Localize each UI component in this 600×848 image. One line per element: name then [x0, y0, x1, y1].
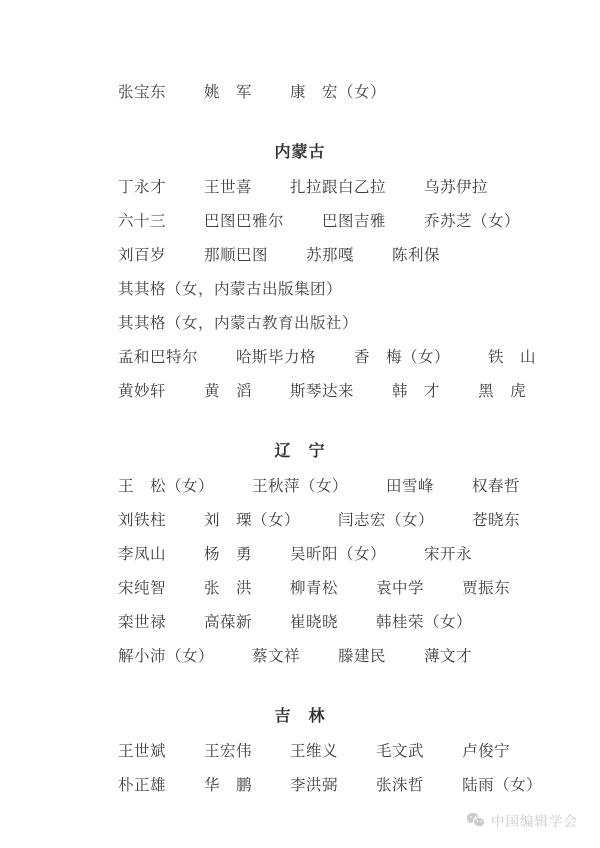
name-row: 六十三 巴图巴雅尔 巴图吉雅 乔苏芝（女） [118, 214, 540, 230]
person-name: 丁永才 [118, 180, 166, 196]
name-row: 李凤山 杨 勇 吴昕阳（女） 宋开永 [118, 547, 540, 563]
person-name: 蔡文祥 [252, 649, 300, 665]
person-name: 华 鹏 [204, 778, 252, 794]
person-name: 毛文武 [376, 744, 424, 760]
person-name: 王秋萍（女） [252, 479, 348, 495]
name-list-content: 张宝东 姚 军 康 宏（女） 内蒙古 丁永才 王世喜 扎拉跟白乙拉 乌苏伊拉 六… [0, 0, 600, 794]
person-name: 其其格（女，内蒙古出版集团） [118, 282, 342, 298]
person-name: 卢俊宁 [462, 744, 510, 760]
name-row: 丁永才 王世喜 扎拉跟白乙拉 乌苏伊拉 [118, 180, 540, 196]
person-name: 巴图巴雅尔 [204, 214, 284, 230]
name-row: 黄妙轩 黄 滔 斯琴达来 韩 才 黑 虎 [118, 384, 540, 400]
person-name: 黑 虎 [478, 384, 526, 400]
person-name: 张宝东 [118, 85, 166, 101]
person-name: 王世喜 [204, 180, 252, 196]
person-name: 薄文才 [424, 649, 472, 665]
person-name: 黄妙轩 [118, 384, 166, 400]
person-name: 王维义 [290, 744, 338, 760]
person-name: 张 洪 [204, 581, 252, 597]
person-name: 刘铁柱 [118, 513, 166, 529]
person-name: 宋开永 [424, 547, 472, 563]
person-name: 袁中学 [376, 581, 424, 597]
person-name: 韩桂荣（女） [376, 615, 472, 631]
name-row: 宋纯智 张 洪 柳青松 袁中学 贾振东 [118, 581, 540, 597]
wechat-icon [466, 812, 485, 828]
name-row: 王世斌 王宏伟 王维义 毛文武 卢俊宁 [118, 744, 540, 760]
name-row: 刘百岁 那顺巴图 苏那嘎 陈利保 [118, 248, 540, 264]
person-name: 那顺巴图 [204, 248, 268, 264]
person-name: 吴昕阳（女） [290, 547, 386, 563]
person-name: 栾世禄 [118, 615, 166, 631]
person-name: 柳青松 [290, 581, 338, 597]
person-name: 权春哲 [472, 479, 520, 495]
person-name: 康 宏（女） [290, 85, 386, 101]
person-name: 乌苏伊拉 [424, 180, 488, 196]
person-name: 孟和巴特尔 [118, 350, 198, 366]
name-row: 孟和巴特尔 哈斯毕力格 香 梅（女） 铁 山 [118, 350, 540, 366]
person-name: 其其格（女，内蒙古教育出版社） [118, 316, 358, 332]
person-name: 张洙哲 [376, 778, 424, 794]
watermark-label: 中国编辑学会 [491, 810, 578, 830]
person-name: 斯琴达来 [290, 384, 354, 400]
name-row: 解小沛（女） 蔡文祥 滕建民 薄文才 [118, 649, 540, 665]
person-name: 李洪弼 [290, 778, 338, 794]
person-name: 崔晓晓 [290, 615, 338, 631]
person-name: 黄 滔 [204, 384, 252, 400]
person-name: 铁 山 [488, 350, 536, 366]
person-name: 苏那嘎 [306, 248, 354, 264]
person-name: 陈利保 [392, 248, 440, 264]
person-name: 陆雨（女） [462, 778, 542, 794]
name-row: 栾世禄 高葆新 崔晓晓 韩桂荣（女） [118, 615, 540, 631]
person-name: 苍晓东 [472, 513, 520, 529]
person-name: 姚 军 [204, 85, 252, 101]
person-name: 刘 瑮（女） [204, 513, 300, 529]
person-name: 王 松（女） [118, 479, 214, 495]
person-name: 六十三 [118, 214, 166, 230]
person-name: 宋纯智 [118, 581, 166, 597]
person-name: 哈斯毕力格 [236, 350, 316, 366]
person-name: 朴正雄 [118, 778, 166, 794]
person-name: 巴图吉雅 [322, 214, 386, 230]
person-name: 闫志宏（女） [338, 513, 434, 529]
person-name: 扎拉跟白乙拉 [290, 180, 386, 196]
section-title-jilin: 吉 林 [0, 683, 600, 725]
person-name: 王世斌 [118, 744, 166, 760]
name-row: 其其格（女，内蒙古出版集团） [118, 282, 540, 298]
section-title-neimenggu: 内蒙古 [0, 119, 600, 161]
watermark: 中国编辑学会 [466, 810, 578, 830]
person-name: 乔苏芝（女） [424, 214, 520, 230]
person-name: 韩 才 [392, 384, 440, 400]
person-name: 杨 勇 [204, 547, 252, 563]
person-name: 解小沛（女） [118, 649, 214, 665]
section-title-liaoning: 辽 宁 [0, 418, 600, 460]
person-name: 滕建民 [338, 649, 386, 665]
name-row: 朴正雄 华 鹏 李洪弼 张洙哲 陆雨（女） [118, 778, 540, 794]
document-page: 张宝东 姚 军 康 宏（女） 内蒙古 丁永才 王世喜 扎拉跟白乙拉 乌苏伊拉 六… [0, 0, 600, 848]
person-name: 李凤山 [118, 547, 166, 563]
name-row: 其其格（女，内蒙古教育出版社） [118, 316, 540, 332]
person-name: 高葆新 [204, 615, 252, 631]
person-name: 贾振东 [462, 581, 510, 597]
person-name: 田雪峰 [386, 479, 434, 495]
person-name: 香 梅（女） [354, 350, 450, 366]
person-name: 王宏伟 [204, 744, 252, 760]
name-row: 张宝东 姚 军 康 宏（女） [118, 85, 540, 101]
name-row: 王 松（女） 王秋萍（女） 田雪峰 权春哲 [118, 479, 540, 495]
name-row: 刘铁柱 刘 瑮（女） 闫志宏（女） 苍晓东 [118, 513, 540, 529]
person-name: 刘百岁 [118, 248, 166, 264]
